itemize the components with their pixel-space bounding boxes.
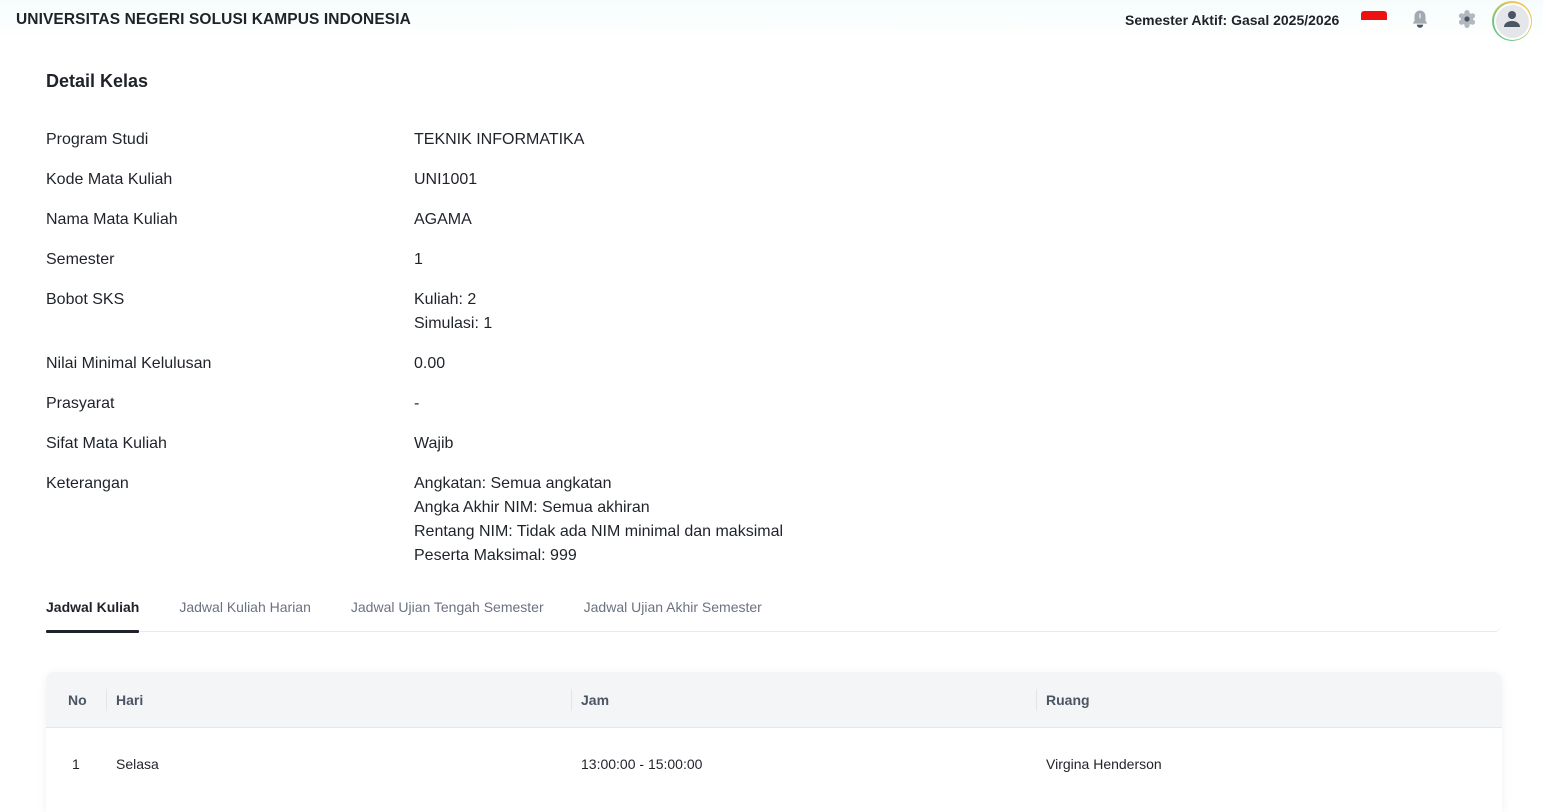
column-header-jam[interactable]: Jam <box>571 672 1036 727</box>
table-header: No Hari Jam Ruang <box>46 672 1502 728</box>
avatar <box>1496 5 1529 38</box>
active-semester-label: Semester Aktif: Gasal 2025/2026 <box>1125 12 1339 28</box>
tab-jadwal-uts[interactable]: Jadwal Ujian Tengah Semester <box>351 592 544 631</box>
user-avatar-button[interactable] <box>1492 1 1532 41</box>
app-title: UNIVERSITAS NEGERI SOLUSI KAMPUS INDONES… <box>16 11 411 29</box>
gear-icon <box>1457 9 1477 34</box>
detail-label: Semester <box>46 248 414 272</box>
detail-label: Nilai Minimal Kelulusan <box>46 352 414 376</box>
detail-row-kode-mata-kuliah: Kode Mata Kuliah UNI1001 <box>46 168 1046 192</box>
user-icon <box>1503 10 1521 33</box>
cell-ruang: Virgina Henderson <box>1036 728 1502 793</box>
column-header-ruang[interactable]: Ruang <box>1036 672 1502 727</box>
tab-jadwal-uas[interactable]: Jadwal Ujian Akhir Semester <box>584 592 762 631</box>
tab-jadwal-kuliah[interactable]: Jadwal Kuliah <box>46 592 139 631</box>
detail-row-prasyarat: Prasyarat - <box>46 392 1046 416</box>
detail-label: Program Studi <box>46 128 414 152</box>
tab-jadwal-kuliah-harian[interactable]: Jadwal Kuliah Harian <box>179 592 311 631</box>
detail-value: Angkatan: Semua angkatan Angka Akhir NIM… <box>414 472 783 568</box>
detail-row-nama-mata-kuliah: Nama Mata Kuliah AGAMA <box>46 208 1046 232</box>
detail-label: Sifat Mata Kuliah <box>46 432 414 456</box>
settings-button[interactable] <box>1455 9 1479 33</box>
detail-label: Bobot SKS <box>46 288 414 336</box>
detail-value-line: 0.00 <box>414 352 445 376</box>
detail-value: UNI1001 <box>414 168 477 192</box>
avatar-ring <box>1494 3 1531 40</box>
schedule-table: No Hari Jam Ruang 1 Selasa 13:00:00 - 15… <box>46 672 1502 793</box>
class-detail-list: Program Studi TEKNIK INFORMATIKA Kode Ma… <box>46 128 1046 584</box>
detail-label: Keterangan <box>46 472 414 568</box>
detail-value: AGAMA <box>414 208 472 232</box>
detail-row-nilai-minimal: Nilai Minimal Kelulusan 0.00 <box>46 352 1046 376</box>
detail-row-bobot-sks: Bobot SKS Kuliah: 2 Simulasi: 1 <box>46 288 1046 336</box>
detail-label: Nama Mata Kuliah <box>46 208 414 232</box>
table-row: 1 Selasa 13:00:00 - 15:00:00 Virgina Hen… <box>46 728 1502 793</box>
cell-jam: 13:00:00 - 15:00:00 <box>571 728 1036 793</box>
flag-white-stripe <box>1361 20 1387 29</box>
bell-icon <box>1411 9 1429 34</box>
detail-value-line: Rentang NIM: Tidak ada NIM minimal dan m… <box>414 520 783 544</box>
detail-value-line: Kuliah: 2 <box>414 288 492 312</box>
flag-red-stripe <box>1361 11 1387 20</box>
page-title: Detail Kelas <box>46 71 148 92</box>
detail-value-line: UNI1001 <box>414 168 477 192</box>
detail-value-line: Wajib <box>414 432 453 456</box>
column-header-no[interactable]: No <box>46 672 106 727</box>
detail-label: Prasyarat <box>46 392 414 416</box>
detail-row-keterangan: Keterangan Angkatan: Semua angkatan Angk… <box>46 472 1046 568</box>
column-header-hari[interactable]: Hari <box>106 672 571 727</box>
detail-value-line: Simulasi: 1 <box>414 312 492 336</box>
detail-value: Wajib <box>414 432 453 456</box>
cell-hari: Selasa <box>106 728 571 793</box>
detail-value-line: Angka Akhir NIM: Semua akhiran <box>414 496 783 520</box>
cell-no: 1 <box>46 728 106 793</box>
indonesia-flag-icon[interactable] <box>1361 11 1387 29</box>
detail-row-program-studi: Program Studi TEKNIK INFORMATIKA <box>46 128 1046 152</box>
detail-value: Kuliah: 2 Simulasi: 1 <box>414 288 492 336</box>
detail-value: 1 <box>414 248 423 272</box>
detail-value: 0.00 <box>414 352 445 376</box>
detail-label: Kode Mata Kuliah <box>46 168 414 192</box>
detail-value: - <box>414 392 419 416</box>
detail-row-semester: Semester 1 <box>46 248 1046 272</box>
detail-value-line: TEKNIK INFORMATIKA <box>414 128 584 152</box>
notifications-button[interactable] <box>1408 9 1432 33</box>
detail-value-line: - <box>414 392 419 416</box>
detail-row-sifat-mata-kuliah: Sifat Mata Kuliah Wajib <box>46 432 1046 456</box>
detail-value-line: 1 <box>414 248 423 272</box>
top-navbar: UNIVERSITAS NEGERI SOLUSI KAMPUS INDONES… <box>0 0 1543 42</box>
detail-value-line: AGAMA <box>414 208 472 232</box>
schedule-tabs: Jadwal Kuliah Jadwal Kuliah Harian Jadwa… <box>46 592 1502 632</box>
detail-value-line: Angkatan: Semua angkatan <box>414 472 783 496</box>
detail-value: TEKNIK INFORMATIKA <box>414 128 584 152</box>
detail-value-line: Peserta Maksimal: 999 <box>414 544 783 568</box>
